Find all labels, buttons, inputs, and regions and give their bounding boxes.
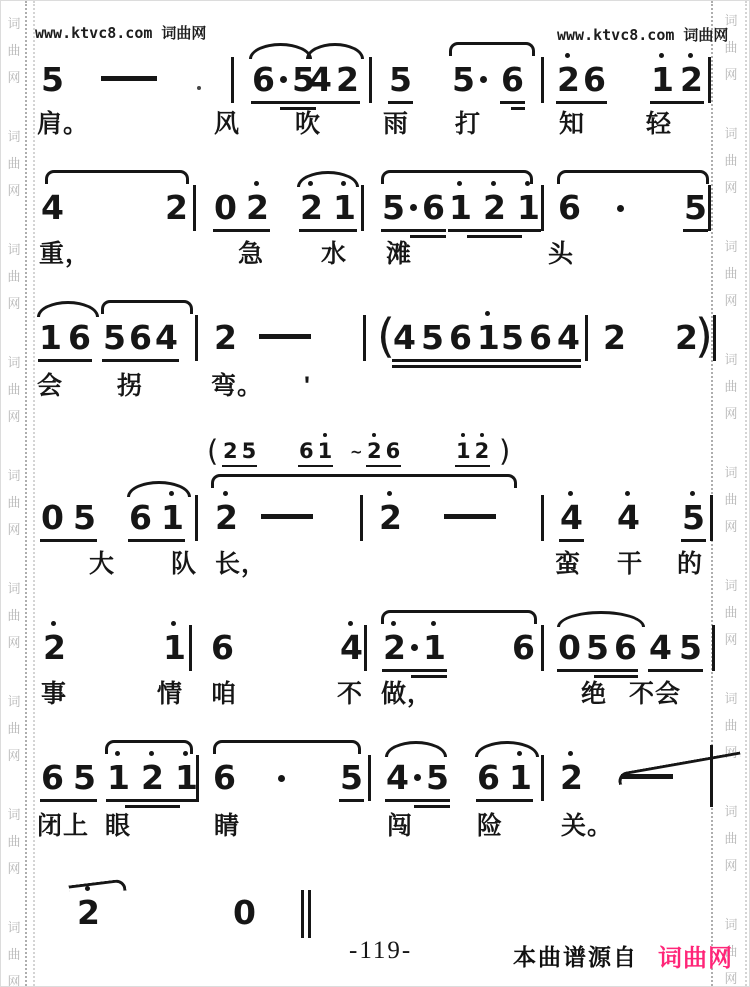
note-digit-high-octave: 2 <box>367 441 382 462</box>
note-token: 02 <box>214 191 269 224</box>
lyric-syllable: 弯。 <box>211 373 263 401</box>
note-digit: 6 <box>529 321 552 354</box>
parenthesis: ) <box>499 437 510 466</box>
note-token: 2 <box>43 631 66 664</box>
note-digit-high-octave: 1 <box>477 321 500 354</box>
note-token: 21 <box>383 631 446 664</box>
note-digit: 0 <box>41 501 64 534</box>
lyric-syllable: 闭上 <box>37 813 89 841</box>
sheet-music-page: 词曲网词曲网词曲网词曲网词曲网词曲网词曲网词曲网词曲网 词曲网词曲网词曲网词曲网… <box>0 0 750 987</box>
barline <box>361 185 364 231</box>
note-digit: 5 <box>340 761 363 794</box>
lyric-syllable: 不会 <box>629 681 681 709</box>
note-token: 61 <box>129 501 184 534</box>
lyric-syllable: 水 <box>321 241 347 269</box>
note-token: 2 <box>560 761 583 794</box>
lyric-syllable: 关。 <box>561 813 613 841</box>
underline-eighth <box>648 669 703 672</box>
note-token: 05 <box>41 501 96 534</box>
barline <box>712 625 715 671</box>
note-digit-high-octave: 2 <box>43 631 66 664</box>
lyric-syllable: 险 <box>477 813 503 841</box>
watermark-top-left: www.ktvc8.com 词曲网 <box>35 22 206 43</box>
note-digit: 5 <box>679 631 702 664</box>
note-digit-high-octave: 4 <box>617 501 640 534</box>
barline <box>541 755 544 801</box>
barline <box>195 315 198 361</box>
note-digit-high-octave: 1 <box>333 191 356 224</box>
note-digit: 6 <box>449 321 472 354</box>
underline-sixteenth-partial <box>467 235 522 238</box>
note-digit-high-octave: 1 <box>318 441 333 462</box>
note-digit: 4 <box>386 761 409 794</box>
underline-eighth <box>222 465 257 467</box>
underline-eighth <box>500 359 581 362</box>
underline-eighth <box>299 229 357 232</box>
note-digit: 6 <box>501 63 524 96</box>
note-digit: 5 <box>586 631 609 664</box>
slur-arc <box>557 611 645 627</box>
tie-mark: ~ <box>350 443 363 461</box>
underline-eighth <box>392 359 501 362</box>
barline <box>363 315 366 361</box>
underline-eighth <box>476 799 533 802</box>
note-digit: 0 <box>214 191 237 224</box>
note-digit: 5 <box>426 761 449 794</box>
note-token: 121 <box>449 191 540 224</box>
duration-dash <box>101 76 157 81</box>
note-digit-high-octave: 2 <box>246 191 269 224</box>
dotted-note-dot <box>279 63 288 96</box>
note-digit: 5 <box>73 501 96 534</box>
underline-eighth <box>213 229 270 232</box>
underline-sixteenth-partial <box>414 805 450 808</box>
note-digit: 6 <box>129 321 152 354</box>
underline-sixteenth-partial <box>125 805 180 808</box>
note-token: 2 <box>165 191 188 224</box>
barline <box>196 755 199 801</box>
barline <box>541 625 544 671</box>
note-digit: ) <box>695 313 713 359</box>
lyric-syllable: 拐 <box>117 373 143 401</box>
note-digit-high-octave: 1 <box>107 761 130 794</box>
note-digit: 5 <box>41 63 64 96</box>
underline-eighth <box>683 229 708 232</box>
note-digit-high-octave: 1 <box>423 631 446 664</box>
note-token: 5 <box>682 501 705 534</box>
barline <box>364 625 367 671</box>
slur-arc <box>37 301 99 317</box>
note-digit: 5 <box>242 441 257 462</box>
underline-sixteenth-partial <box>594 675 638 678</box>
note-digit-high-octave: 1 <box>175 761 198 794</box>
note-digit: 2 <box>603 321 626 354</box>
slur-arc <box>249 43 312 59</box>
barline <box>710 745 713 807</box>
slur-arc <box>449 42 535 56</box>
note-digit: 6 <box>213 761 236 794</box>
lyric-syllable: ' <box>304 373 311 401</box>
slur-arc <box>45 170 189 184</box>
underline-eighth <box>500 101 525 104</box>
underline-eighth <box>559 539 584 542</box>
note-digit-high-octave: 2 <box>483 191 506 224</box>
note-digit: 4 <box>393 321 416 354</box>
note-digit: 4 <box>309 63 332 96</box>
augmentation-dot <box>617 205 624 212</box>
note-token: 2 <box>379 501 402 534</box>
note-token: 2 <box>214 321 237 354</box>
lyric-syllable: 长， <box>215 551 267 579</box>
note-token: 26 <box>557 63 606 96</box>
underline-eighth <box>339 799 364 802</box>
slur-arc <box>617 751 742 785</box>
note-digit: 6 <box>422 191 445 224</box>
note-digit: 5 <box>73 761 96 794</box>
barline <box>541 57 544 103</box>
note-digit: 2 <box>223 441 238 462</box>
underline-eighth <box>128 539 185 542</box>
note-digit: 4 <box>649 631 672 664</box>
lyric-syllable: 轻 <box>646 111 672 139</box>
lyric-syllable: 知 <box>559 111 585 139</box>
final-barline <box>301 890 312 938</box>
lyric-syllable: 绝 <box>581 681 607 709</box>
underline-eighth <box>40 539 97 542</box>
underline-eighth <box>650 101 704 104</box>
barline <box>189 625 192 671</box>
note-digit: 6 <box>68 321 91 354</box>
lyric-syllable: 队 <box>171 551 197 579</box>
note-digit: 6 <box>41 761 64 794</box>
underline-sixteenth-partial <box>411 675 447 678</box>
note-digit-high-octave: 2 <box>680 63 703 96</box>
note-digit: 6 <box>614 631 637 664</box>
barline <box>713 315 716 361</box>
note-digit: 5 <box>421 321 444 354</box>
note-token: 12 <box>456 441 489 462</box>
note-token: 5 <box>340 761 363 794</box>
slur-arc <box>101 300 193 314</box>
lyric-syllable: 吹 <box>295 111 321 139</box>
note-digit: 2 <box>165 191 188 224</box>
slur-arc <box>385 741 447 757</box>
underline-eighth <box>557 669 638 672</box>
slur-arc <box>557 170 709 184</box>
slur-arc <box>211 474 517 488</box>
note-digit-high-octave: 1 <box>449 191 472 224</box>
barline <box>195 495 198 541</box>
note-digit-high-octave: 2 <box>77 896 100 929</box>
lyric-syllable: 做， <box>381 681 433 709</box>
underline-eighth <box>102 359 179 362</box>
lyric-syllable: 闯 <box>387 813 413 841</box>
note-token: 6 <box>558 191 581 224</box>
parenthesis: ) <box>695 313 713 359</box>
underline-sixteenth-partial <box>511 107 525 110</box>
note-digit: ) <box>499 437 510 466</box>
note-digit-high-octave: 1 <box>517 191 540 224</box>
note-token: 2 <box>77 896 100 929</box>
duration-dash <box>444 514 496 519</box>
note-digit: 2 <box>336 63 359 96</box>
note-token: 564 <box>103 321 178 354</box>
underline-eighth <box>681 539 706 542</box>
note-digit-high-octave: 1 <box>161 501 184 534</box>
note-digit-high-octave: 4 <box>340 631 363 664</box>
barline <box>708 185 711 231</box>
slur-arc <box>475 741 539 757</box>
underline-eighth <box>106 799 199 802</box>
note-token: 564 <box>501 321 580 354</box>
note-digit: 2 <box>214 321 237 354</box>
note-digit: 6 <box>583 63 606 96</box>
barline <box>368 755 371 801</box>
lyric-syllable: 肩。 <box>37 111 89 139</box>
lyric-syllable: 事 <box>41 681 67 709</box>
footer-page-number: -119- <box>349 937 412 965</box>
note-token: 45 <box>649 631 702 664</box>
note-token: 12 <box>651 63 703 96</box>
underline-eighth <box>388 101 413 104</box>
note-token: 121 <box>107 761 198 794</box>
lyric-syllable: 眼 <box>105 813 131 841</box>
note-digit: 6 <box>477 761 500 794</box>
note-digit: 6 <box>558 191 581 224</box>
note-digit: 6 <box>211 631 234 664</box>
note-digit: 6 <box>386 441 401 462</box>
note-digit: 4 <box>557 321 580 354</box>
underline-eighth <box>448 229 541 232</box>
watermark-top-right: www.ktvc8.com 词曲网 <box>557 24 728 45</box>
note-token: 6 <box>501 63 524 96</box>
lyric-syllable: 咱 <box>211 681 237 709</box>
note-digit-high-octave: 1 <box>651 63 674 96</box>
barline <box>360 495 363 541</box>
note-token: 45 <box>386 761 449 794</box>
note-token: 5 <box>452 63 492 96</box>
note-digit: 5 <box>452 63 475 96</box>
note-token: 5 <box>41 63 64 96</box>
lyric-syllable: 干 <box>617 551 643 579</box>
dotted-note-dot <box>409 191 418 224</box>
duration-dash <box>259 334 311 339</box>
underline-eighth <box>385 799 450 802</box>
underline-eighth <box>382 669 447 672</box>
note-digit: 6 <box>129 501 152 534</box>
note-digit-high-octave: 2 <box>475 441 490 462</box>
note-digit-high-octave: 1 <box>509 761 532 794</box>
print-speck <box>197 86 201 90</box>
note-token: 21 <box>300 191 356 224</box>
note-digit: 5 <box>684 191 707 224</box>
note-token: 26 <box>367 441 400 462</box>
note-digit: 6 <box>512 631 535 664</box>
underline-eighth <box>40 799 97 802</box>
underline-eighth <box>308 101 360 104</box>
underline-eighth <box>556 101 607 104</box>
note-digit: 4 <box>155 321 178 354</box>
note-digit-high-octave: 2 <box>557 63 580 96</box>
lyric-syllable: 急 <box>238 241 264 269</box>
note-digit-high-octave: 2 <box>560 761 583 794</box>
lyric-syllable: 睛 <box>214 813 240 841</box>
note-digit: 4 <box>41 191 64 224</box>
parenthesis: ( <box>207 437 218 466</box>
note-token: 4561 <box>393 321 500 354</box>
note-token: 2 <box>603 321 626 354</box>
barline <box>193 185 196 231</box>
note-token: 6 <box>512 631 535 664</box>
note-digit: 0 <box>233 896 256 929</box>
barline <box>541 185 544 231</box>
note-digit: 6 <box>252 63 275 96</box>
note-digit-high-octave: 2 <box>300 191 323 224</box>
augmentation-dot <box>278 775 285 782</box>
note-token: 65 <box>41 761 96 794</box>
note-digit: 5 <box>103 321 126 354</box>
note-digit: 5 <box>382 191 405 224</box>
dotted-note-dot <box>413 761 422 794</box>
note-token: 1 <box>163 631 186 664</box>
underline-sixteenth <box>500 365 581 368</box>
lyric-syllable: 滩 <box>386 241 412 269</box>
barline <box>710 495 713 541</box>
dotted-note-dot <box>479 63 488 96</box>
barline <box>585 315 588 361</box>
dotted-note-dot <box>410 631 419 664</box>
lyric-syllable: 的 <box>677 551 703 579</box>
note-token: 6 <box>211 631 234 664</box>
lyric-syllable: 打 <box>455 111 481 139</box>
note-token: 4 <box>41 191 64 224</box>
slur-arc <box>297 171 359 187</box>
lyric-syllable: 不 <box>337 681 363 709</box>
duration-dash <box>261 514 313 519</box>
note-digit: ( <box>207 437 218 466</box>
footer-source-label: 本曲谱源自 <box>513 939 638 972</box>
note-token: 4 <box>560 501 583 534</box>
note-digit: 1 <box>39 321 62 354</box>
note-digit-high-octave: 2 <box>141 761 164 794</box>
underline-sixteenth-partial <box>410 235 446 238</box>
note-token: 4 <box>340 631 363 664</box>
note-digit-high-octave: 2 <box>379 501 402 534</box>
lyric-syllable: 重， <box>39 241 91 269</box>
note-digit-high-octave: 2 <box>215 501 238 534</box>
barline <box>231 57 234 103</box>
lyric-syllable: 头 <box>548 241 574 269</box>
slur-arc <box>213 740 361 754</box>
underline-eighth <box>455 465 490 467</box>
lyric-syllable: 雨 <box>383 111 409 139</box>
note-token: 16 <box>39 321 91 354</box>
note-digit-high-octave: 2 <box>383 631 406 664</box>
lyric-syllable: 蛮 <box>555 551 581 579</box>
barline <box>369 57 372 103</box>
note-digit: 0 <box>558 631 581 664</box>
lyric-syllable: 风 <box>214 111 240 139</box>
underline-eighth <box>38 359 92 362</box>
barline <box>708 57 711 103</box>
lyric-syllable: 会 <box>37 373 63 401</box>
score: 565425562612肩。风吹雨打知轻4202215612165重，急水滩头1… <box>1 1 749 986</box>
note-token: 0 <box>233 896 256 929</box>
slur-arc <box>381 610 537 624</box>
footer-brand: 词曲网 <box>658 938 733 973</box>
lyric-syllable: 情 <box>157 681 183 709</box>
note-token: 056 <box>558 631 637 664</box>
slur-arc <box>127 481 191 497</box>
note-token: 61 <box>477 761 532 794</box>
note-digit-high-octave: 1 <box>456 441 471 462</box>
lyric-syllable: 大 <box>89 551 115 579</box>
note-token: 61 <box>299 441 332 462</box>
note-digit: 5 <box>501 321 524 354</box>
note-digit: 6 <box>299 441 314 462</box>
note-token: 65 <box>252 63 315 96</box>
note-token: 56 <box>382 191 445 224</box>
note-token: 6 <box>213 761 236 794</box>
note-token: 25 <box>223 441 256 462</box>
note-digit-high-octave: 4 <box>560 501 583 534</box>
underline-eighth <box>251 101 316 104</box>
barline <box>541 495 544 541</box>
underline-sixteenth <box>392 365 501 368</box>
underline-eighth <box>366 465 401 467</box>
note-digit-high-octave: 5 <box>682 501 705 534</box>
note-token: 42 <box>309 63 359 96</box>
underline-eighth <box>298 465 333 467</box>
note-token: 4 <box>617 501 640 534</box>
underline-eighth <box>381 229 446 232</box>
slur-arc <box>306 43 364 59</box>
note-digit: 5 <box>389 63 412 96</box>
note-digit-high-octave: 1 <box>163 631 186 664</box>
note-token: 2 <box>215 501 238 534</box>
note-token: 5 <box>684 191 707 224</box>
duration-dash <box>621 774 673 779</box>
note-token: 5 <box>389 63 412 96</box>
